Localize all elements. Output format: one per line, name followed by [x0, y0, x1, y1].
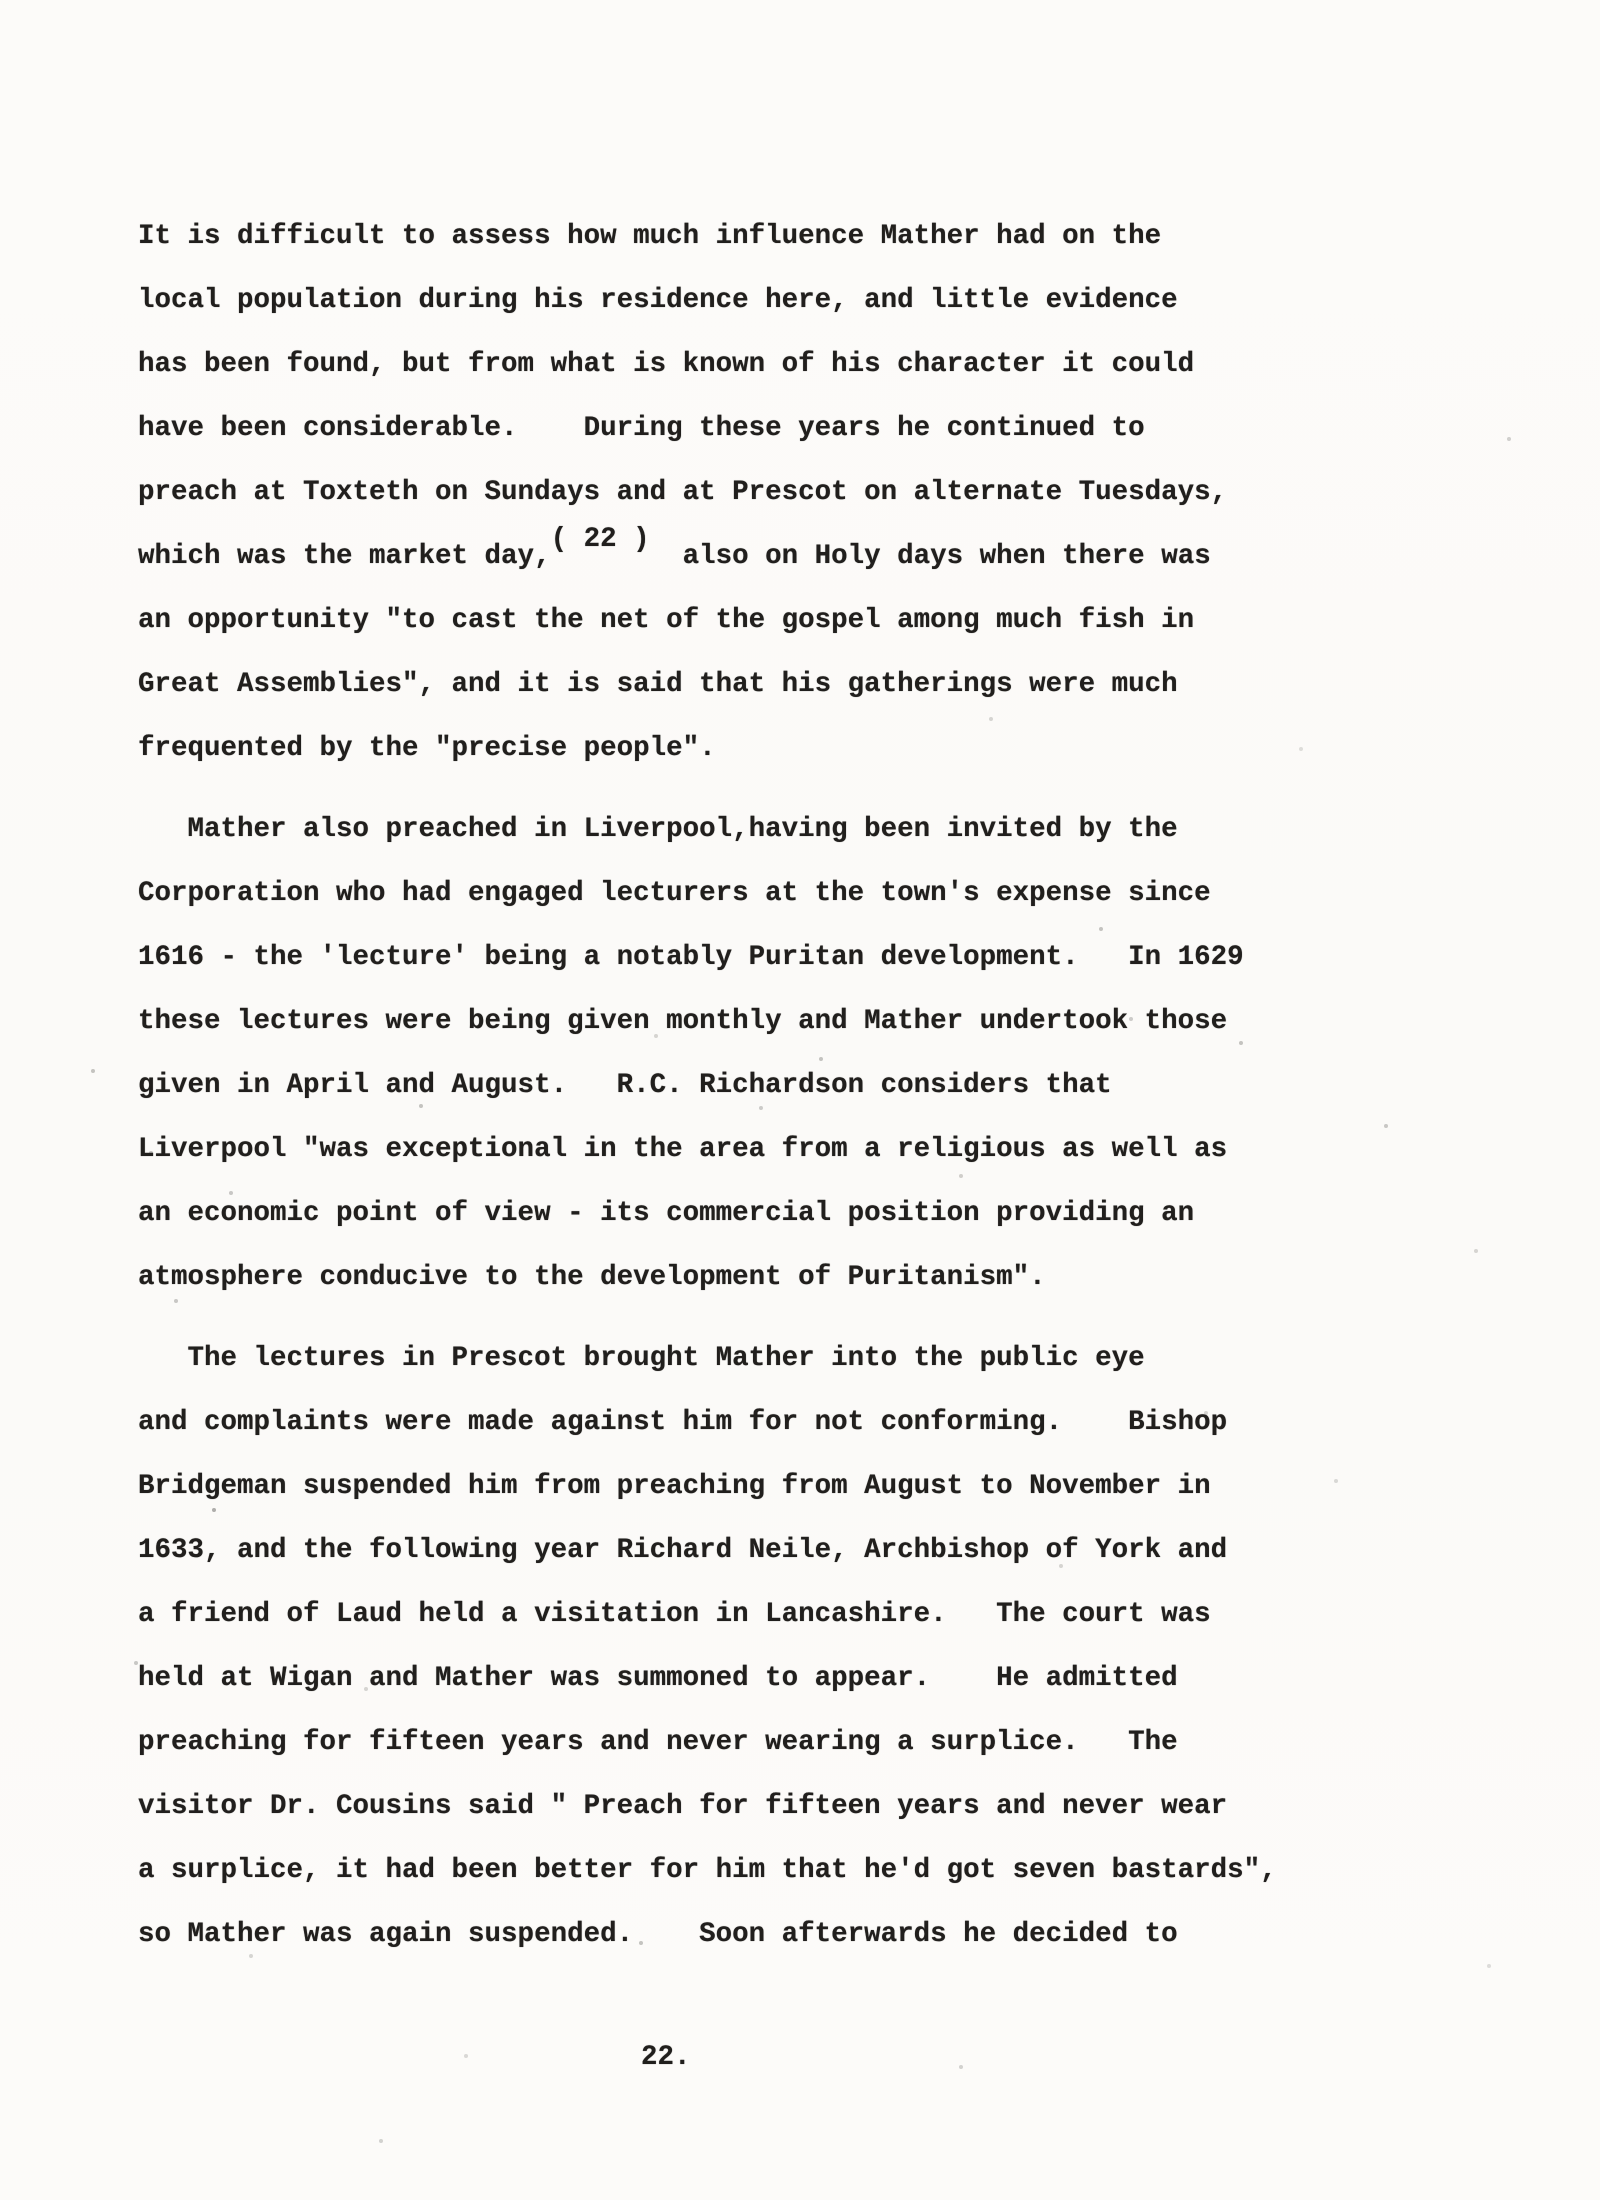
text-line: atmosphere conducive to the development …	[138, 1246, 1538, 1310]
text-line: preaching for fifteen years and never we…	[138, 1711, 1538, 1775]
text-line: The lectures in Prescot brought Mather i…	[138, 1327, 1538, 1391]
scan-noise	[0, 0, 2, 2]
text-line: held at Wigan and Mather was summoned to…	[138, 1647, 1538, 1711]
text-line: a surplice, it had been better for him t…	[138, 1839, 1538, 1903]
paragraph: Mather also preached in Liverpool,having…	[138, 798, 1538, 1310]
document-page: It is difficult to assess how much influ…	[0, 0, 1600, 2200]
text-line: Great Assemblies", and it is said that h…	[138, 653, 1538, 717]
footnote-reference: ( 22 )	[551, 524, 650, 555]
text-line: Liverpool "was exceptional in the area f…	[138, 1118, 1538, 1182]
text-line: have been considerable. During these yea…	[138, 397, 1538, 461]
document-text: It is difficult to assess how much influ…	[138, 205, 1538, 1967]
text-segment: which was the market day,	[138, 541, 551, 572]
text-line: Mather also preached in Liverpool,having…	[138, 798, 1538, 862]
paragraph: The lectures in Prescot brought Mather i…	[138, 1327, 1538, 1967]
text-line: 1616 - the 'lecture' being a notably Pur…	[138, 926, 1538, 990]
text-line: and complaints were made against him for…	[138, 1391, 1538, 1455]
text-line: Corporation who had engaged lecturers at…	[138, 862, 1538, 926]
text-line: an opportunity "to cast the net of the g…	[138, 589, 1538, 653]
text-line: local population during his residence he…	[138, 269, 1538, 333]
text-line: given in April and August. R.C. Richards…	[138, 1054, 1538, 1118]
text-line: visitor Dr. Cousins said " Preach for fi…	[138, 1775, 1538, 1839]
paragraph: It is difficult to assess how much influ…	[138, 205, 1538, 781]
text-line: a friend of Laud held a visitation in La…	[138, 1583, 1538, 1647]
text-line: 1633, and the following year Richard Nei…	[138, 1519, 1538, 1583]
text-line: It is difficult to assess how much influ…	[138, 205, 1538, 269]
text-line: frequented by the "precise people".	[138, 717, 1538, 781]
text-line: Bridgeman suspended him from preaching f…	[138, 1455, 1538, 1519]
text-line: preach at Toxteth on Sundays and at Pres…	[138, 461, 1538, 525]
text-segment: also on Holy days when there was	[650, 541, 1211, 572]
text-line: which was the market day,( 22 ) also on …	[138, 525, 1538, 589]
text-line: so Mather was again suspended. Soon afte…	[138, 1903, 1538, 1967]
page-number: 22.	[641, 2042, 691, 2074]
text-line: these lectures were being given monthly …	[138, 990, 1538, 1054]
text-line: an economic point of view - its commerci…	[138, 1182, 1538, 1246]
text-line: has been found, but from what is known o…	[138, 333, 1538, 397]
